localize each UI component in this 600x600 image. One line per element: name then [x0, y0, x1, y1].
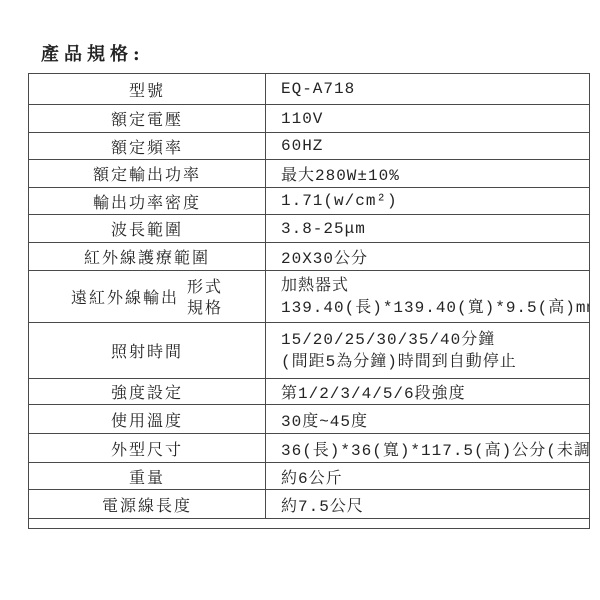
spec-value: 約6公斤	[266, 463, 590, 490]
spec-value: 36(長)*36(寬)*117.5(高)公分(未調高)	[266, 434, 590, 463]
table-row: 重量 約6公斤	[29, 463, 590, 490]
spec-label: 遠紅外線輸出	[71, 285, 179, 308]
table-row: 電源線長度 約7.5公尺	[29, 490, 590, 519]
spec-value-multiline: 加熱器式 139.40(長)*139.40(寬)*9.5(高)mm	[266, 271, 590, 323]
spec-value: 約7.5公尺	[266, 490, 590, 519]
spec-value: 20X30公分	[266, 243, 590, 271]
spec-label: 紅外線護療範圍	[29, 243, 266, 271]
spec-label: 額定電壓	[29, 105, 266, 133]
spec-value-multiline: 15/20/25/30/35/40分鐘 (間距5為分鐘)時間到自動停止	[266, 323, 590, 379]
page-title: 產品規格:	[41, 40, 145, 66]
spec-label: 輸出功率密度	[29, 188, 266, 215]
spec-value: 60HZ	[266, 133, 590, 160]
spec-label: 額定輸出功率	[29, 160, 266, 188]
spec-label: 強度設定	[29, 379, 266, 405]
spec-sublabels: 形式 規格	[187, 276, 223, 318]
spec-label: 外型尺寸	[29, 434, 266, 463]
spec-label-composite: 遠紅外線輸出 形式 規格	[29, 271, 266, 323]
spec-label: 型號	[29, 74, 266, 105]
far-infrared-output-label-group: 遠紅外線輸出 形式 規格	[30, 276, 264, 318]
spec-label: 照射時間	[29, 323, 266, 379]
table-row: 額定頻率 60HZ	[29, 133, 590, 160]
spec-table: 型號 EQ-A718 額定電壓 110V 額定頻率 60HZ 額定輸出功率 最大…	[28, 73, 590, 529]
table-row: 遠紅外線輸出 形式 規格 加熱器式 139.40(長)*139.40(寬)*9.…	[29, 271, 590, 323]
spec-value: 1.71(w/cm²)	[266, 188, 590, 215]
table-row: 波長範圍 3.8-25μm	[29, 215, 590, 243]
spec-label: 重量	[29, 463, 266, 490]
spec-sublabel-form: 形式	[187, 276, 223, 297]
table-row: 輸出功率密度 1.71(w/cm²)	[29, 188, 590, 215]
table-row: 照射時間 15/20/25/30/35/40分鐘 (間距5為分鐘)時間到自動停止	[29, 323, 590, 379]
spec-value: 110V	[266, 105, 590, 133]
spec-value: 第1/2/3/4/5/6段強度	[266, 379, 590, 405]
spec-value-line: 139.40(長)*139.40(寬)*9.5(高)mm	[281, 297, 588, 319]
table-row: 額定輸出功率 最大280W±10%	[29, 160, 590, 188]
spec-label: 波長範圍	[29, 215, 266, 243]
table-row: 型號 EQ-A718	[29, 74, 590, 105]
table-bottom-border-stub	[29, 519, 590, 529]
spec-value-line: 加熱器式	[281, 275, 588, 297]
spec-value: EQ-A718	[266, 74, 590, 105]
table-row: 使用溫度 30度~45度	[29, 405, 590, 434]
spec-sheet-page: 產品規格: 型號 EQ-A718 額定電壓 110V 額定頻率 60HZ 額定輸…	[0, 0, 600, 600]
spec-label: 電源線長度	[29, 490, 266, 519]
table-row: 紅外線護療範圍 20X30公分	[29, 243, 590, 271]
table-row: 強度設定 第1/2/3/4/5/6段強度	[29, 379, 590, 405]
table-row: 額定電壓 110V	[29, 105, 590, 133]
spec-label: 使用溫度	[29, 405, 266, 434]
spec-value: 3.8-25μm	[266, 215, 590, 243]
spec-sublabel-size: 規格	[187, 297, 223, 318]
spec-label: 額定頻率	[29, 133, 266, 160]
spec-value: 30度~45度	[266, 405, 590, 434]
table-row: 外型尺寸 36(長)*36(寬)*117.5(高)公分(未調高)	[29, 434, 590, 463]
spec-value-line: (間距5為分鐘)時間到自動停止	[281, 351, 588, 373]
spec-value-line: 15/20/25/30/35/40分鐘	[281, 329, 588, 351]
spec-value: 最大280W±10%	[266, 160, 590, 188]
